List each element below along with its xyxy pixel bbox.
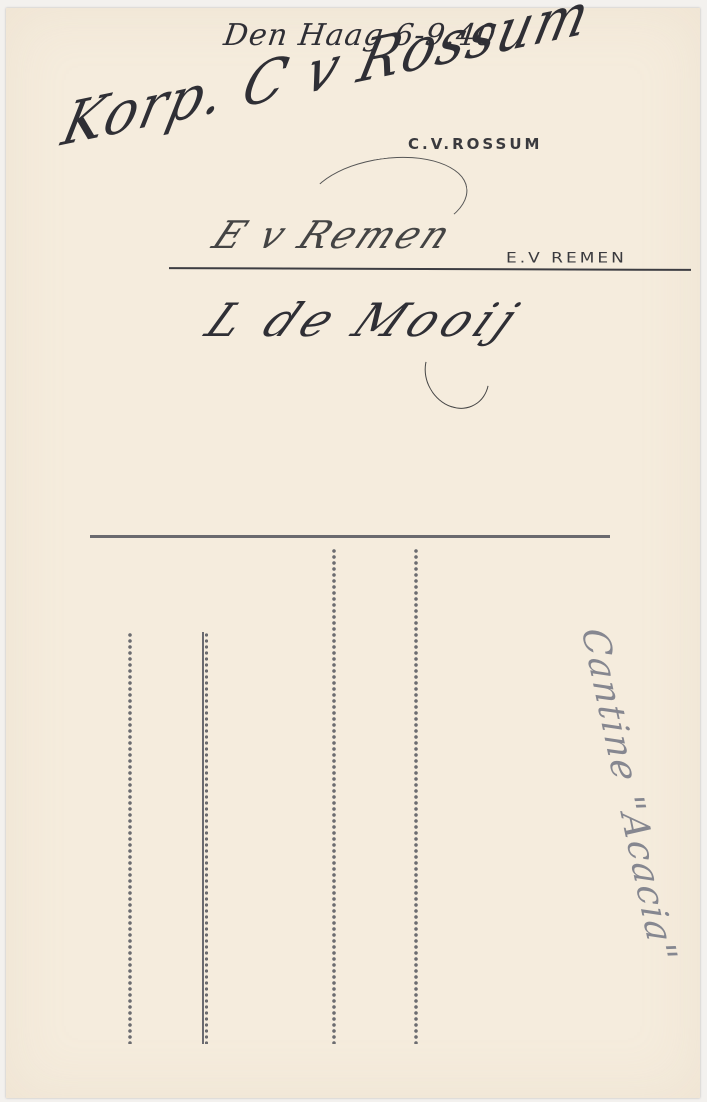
printed-name-rossum: C.V.ROSSUM	[408, 135, 542, 153]
signature-underline	[169, 267, 691, 270]
pencil-note-cantine: Cantine "Acacia"	[572, 628, 684, 962]
address-line-dotted-3	[332, 548, 336, 1044]
address-line-dotted-4	[414, 548, 418, 1044]
printed-name-remen: E.V REMEN	[506, 250, 627, 267]
signature-de-mooij: L de Mooij	[197, 293, 534, 347]
address-line-dotted-2	[205, 632, 208, 1044]
postcard-back: Den Haag 6-9.40 Korp. C v Rossum C.V.ROS…	[6, 8, 700, 1098]
printed-divider-line	[90, 535, 610, 538]
signature-remen: E v Remen	[206, 213, 461, 257]
address-line-dotted-1	[128, 632, 132, 1044]
address-line-solid-2	[202, 632, 204, 1044]
